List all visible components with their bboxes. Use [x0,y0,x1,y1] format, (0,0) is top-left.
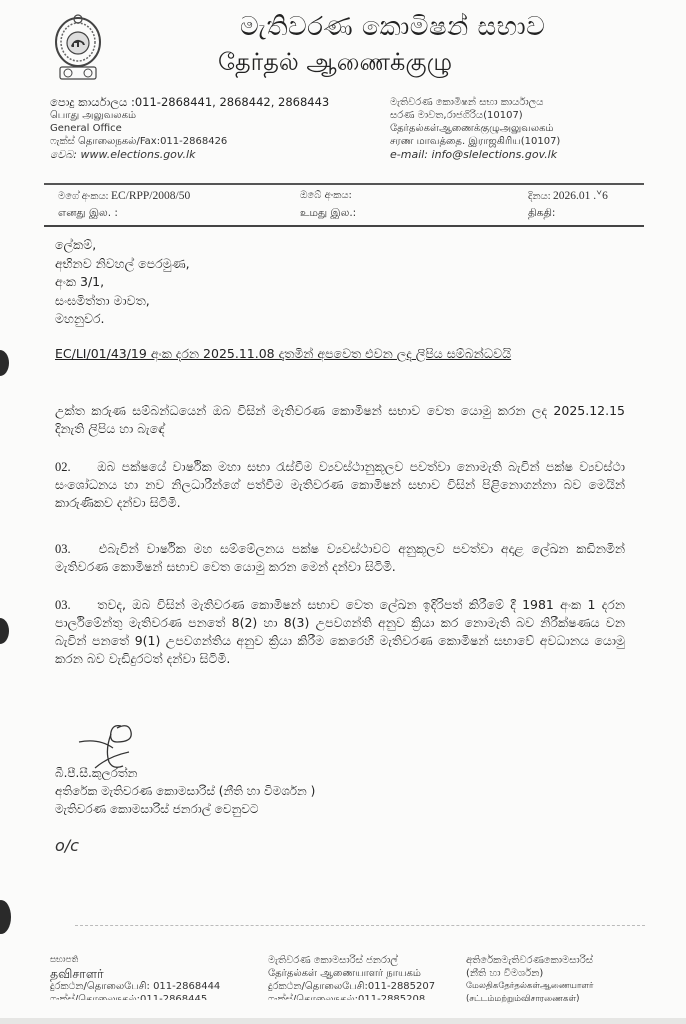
fax-number: ෆැක්ස් தொலைநகல்/Fax:011-2868426 [50,135,329,148]
footer-fax: ෆැක්ස්/தொலைநகல்:011-2868445 [50,993,220,1000]
footer-line: මැතිවරණ කොමසාරිස් ජනරාල් [268,954,435,967]
paragraph-03b: 03. තවද, ඔබ විසින් මැතිවරණ කොමිෂන් සභාව … [55,596,625,668]
page-edge [0,1018,686,1024]
my-reference-label: මගේ අංකය: [58,191,108,202]
punch-hole [0,900,11,934]
your-reference-label-tamil: உமது இல.: [300,207,356,220]
header-title-tamil: தேர்தல் ஆணைக்குழு [218,48,452,79]
footer-chairman: සභාපති தவிசாளர் දුරකථන/தொலைபேசி: 011-286… [50,954,220,1000]
paragraph-text: උක්ත කරුණ සම්බන්ධයෙන් ඔබ විසින් මැතිවරණ … [55,403,625,436]
date-value: 2026.01 .ᘁ6 [553,190,608,202]
english-office-label: General Office [50,122,329,135]
signatory-title: අතිරේක මැතිවරණ කොමසාරිස් (නීති හා විමර්ශ… [55,782,315,800]
paragraph-number: 03. [55,540,91,558]
your-reference-label: ඔබේ අංකය: [300,190,352,201]
addressee-line: අංක 3/1, [55,273,190,292]
footer-additional-commissioner: අතිරේකමැතිවරණකොමසාරිස් (නීති හා විමර්ශන)… [466,954,594,1006]
tamil-office-label: பொது அலுவலகம் [50,109,329,122]
office-name-tamil: தேர்தல்கள்ஆணைக்குழுஅலுவலகம் [390,122,560,135]
my-reference-value: EC/RPP/2008/50 [111,190,190,202]
office-address-sinhala: සරණ මාවත,රාජගිරිය(10107) [390,109,560,122]
footer-line: தவிசாளர் [50,967,220,980]
date-label: දිනය: [528,191,551,202]
header-title-sinhala: මැතිවරණ කොමිෂන් සභාව [240,12,545,43]
punch-hole [0,350,9,376]
sri-lanka-emblem-icon [50,12,106,82]
contact-left: පොදු කාර්යාලය :011-2868441, 2868442, 286… [50,96,329,161]
office-name: මැතිවරණ කොමිෂන් සභා කාර්යාලය [390,96,560,109]
paragraph-intro: උක්ත කරුණ සම්බන්ධයෙන් ඔබ විසින් මැතිවරණ … [55,402,625,438]
addressee-block: ලේකම්, අභිනව නිවහල් පෙරමුණ, අංක 3/1, සංඝ… [55,236,190,329]
paragraph-03a: 03. එබැවින් වාර්ෂික මහ සම්මේලනය පක්ෂ ව්‍… [55,540,625,576]
footer-commissioner-general: මැතිවරණ කොමසාරිස් ජනරාල් தேர்தல்கள் ஆணைய… [268,954,435,1000]
website-link[interactable]: වෙබ: www.elections.gov.lk [50,148,329,161]
punch-hole [0,618,9,644]
paragraph-text: එබැවින් වාර්ෂික මහ සම්මේලනය පක්ෂ ව්‍යවස්… [55,541,625,574]
divider [75,925,645,927]
footer-line: தேர்தல்கள் ஆணையாளர் நாயகம் [268,967,435,980]
subject-line: EC/LI/01/43/19 අංක දරන 2025.11.08 දාතමින… [55,346,511,362]
addressee-line: මහනුවර. [55,310,190,329]
contact-right: මැතිවරණ කොමිෂන් සභා කාර්යාලය සරණ මාවත,රා… [390,96,560,161]
general-office-phone: පොදු කාර්යාලය :011-2868441, 2868442, 286… [50,96,329,109]
footer-line: மேலதிகதேர்தல்கள்ஆணையாளர் [466,980,594,993]
footer-line: (නීති හා විමර්ශන) [466,967,594,980]
footer-phone: දුරකථන/தொலைபேசி: 011-2868444 [50,980,220,993]
divider [44,183,644,185]
divider [44,225,644,227]
signatory-on-behalf: මැතිවරණ කොමසාරිස් ජනරාල් වෙනුවට [55,800,315,818]
footer-fax: ෆැක්ස්/தொலைநகல்:011-2885208 [268,993,435,1000]
paragraph-02: 02. ඔබ පක්ෂයේ වාර්ෂික මහා සභා රැස්වීම ව්… [55,458,625,512]
addressee-line: ලේකම්, [55,236,190,255]
paragraph-number: 02. [55,458,91,476]
footer-line: අතිරේකමැතිවරණකොමසාරිස් [466,954,594,967]
office-address-tamil: சரண மாவத்தை. இராஜகிரிய(10107) [390,135,560,148]
signatory-name: බී.පී.සී.කුලරත්න [55,764,315,782]
my-reference-label-tamil: எனது இல. : [58,207,118,220]
date-field: දිනය: 2026.01 .ᘁ6 [528,190,608,203]
paragraph-text: ඔබ පක්ෂයේ වාර්ෂික මහා සභා රැස්වීම ව්‍යවස… [55,459,625,510]
addressee-line: සංඝමිත්තා මාවත, [55,292,190,311]
handwritten-note: o/c [55,836,79,855]
date-label-tamil: திகதி: [528,207,555,220]
footer-line: (சட்டம்மற்றும்விசாரணைகள்) [466,993,594,1006]
signature-block: බී.පී.සී.කුලරත්න අතිරේක මැතිවරණ කොමසාරිස… [55,764,315,818]
paragraph-text: තවද, ඔබ විසින් මැතිවරණ කොමිෂන් සභාව වෙත … [55,597,625,666]
addressee-line: අභිනව නිවහල් පෙරමුණ, [55,255,190,274]
paragraph-number: 03. [55,596,91,614]
email-link[interactable]: e-mail: info@slelections.gov.lk [390,148,560,161]
footer-phone: දුරකථන/தொலைபேசி:011-2885207 [268,980,435,993]
my-reference: මගේ අංකය: EC/RPP/2008/50 [58,190,190,202]
